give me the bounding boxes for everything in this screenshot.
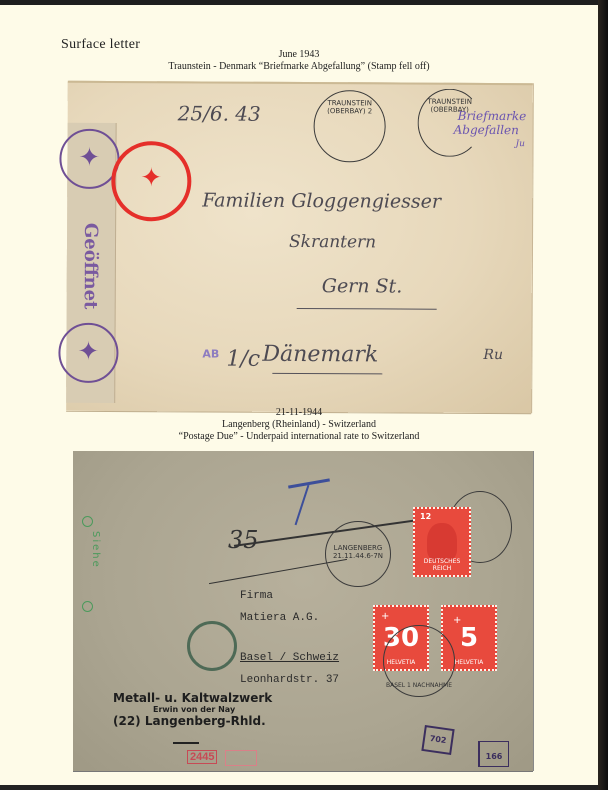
tax-mark-bar (288, 478, 330, 488)
postmark-text: LANGENBERG 21.11.44.6-7N (326, 544, 390, 560)
postmark-text: BASEL 1 NACHNAHME (384, 682, 454, 689)
sender-rule (173, 742, 199, 744)
portrait-icon (427, 523, 457, 561)
postmark-langenberg-1: LANGENBERG 21.11.44.6-7N (325, 521, 391, 587)
swiss-cross-icon: + (453, 615, 461, 626)
sender-line: (22) Langenberg-Rhld. (113, 714, 272, 728)
envelope-edge (68, 81, 533, 85)
cover1-date: June 1943 (0, 49, 598, 61)
sender-line: Metall- u. Kaltwalzwerk (113, 691, 272, 705)
box-stamp-2: 166 (478, 741, 509, 767)
side-strip-text: Siehe (90, 531, 101, 569)
censor-code-box-2 (225, 750, 257, 766)
eagle-icon: ✦ (65, 145, 113, 171)
green-ring-mark (187, 621, 237, 671)
tax-mark-stem (295, 485, 310, 526)
cover1-description: Traunstein - Denmark “Briefmarke Abgefal… (0, 61, 598, 73)
sender-line: Erwin von der Nay (153, 705, 272, 714)
ab-mark: AB (202, 347, 219, 360)
side-strip: Siehe (73, 451, 103, 771)
cover2-caption: 21-11-1944 Langenberg (Rheinland) - Swit… (0, 407, 598, 443)
swiss-cross-icon: + (381, 611, 389, 622)
cover2-route: Langenberg (Rheinland) - Switzerland (0, 419, 598, 431)
address-block: Firma Matiera A.G. Basel / Schweiz Leonh… (240, 585, 339, 691)
scan-top-edge (0, 0, 608, 5)
violet-note-line: Ju (516, 137, 527, 151)
censor-code-box: 2445 (187, 750, 217, 764)
address-line: Firma (240, 585, 339, 607)
postmark-basel: BASEL 1 NACHNAHME (383, 625, 455, 697)
address-line: Basel / Schweiz (240, 647, 339, 669)
violet-note: Briefmarke Abgefallen Ju (458, 109, 527, 151)
stamp-country: DEUTSCHES REICH (415, 558, 469, 572)
address-line-1: Familien Gloggengiesser (202, 189, 441, 212)
stamp-value: 12 (415, 509, 469, 521)
censor-stamp-purple-bottom: ✦ (58, 323, 118, 383)
box-stamp-1: 702 (421, 725, 454, 755)
german-stamp: 12 DEUTSCHES REICH (413, 507, 471, 577)
eagle-icon: ✦ (123, 165, 179, 191)
address-line: Leonhardstr. 37 (240, 669, 339, 691)
country-underline (272, 373, 382, 375)
cover1-caption: June 1943 Traunstein - Denmark “Briefmar… (0, 49, 598, 73)
strip-ring-icon (82, 516, 93, 527)
violet-note-line: Abgefallen (454, 123, 527, 137)
address-underline (297, 308, 437, 310)
cover2-envelope: Siehe 35 LANGENBERG 21.11.44.6-7N 12 DEU… (73, 451, 533, 771)
postmark-text: TRAUNSTEIN (OBERBAY) 2 (315, 99, 385, 115)
due-mark: 35 (228, 526, 259, 554)
eagle-icon: ✦ (64, 339, 112, 365)
violet-note-line: Briefmarke (458, 109, 527, 123)
handwritten-date: 25/6. 43 (178, 101, 261, 125)
censor-stamp-red: ✦ (111, 141, 191, 221)
scan-right-edge (598, 0, 608, 790)
address-line-2: Skrantern (289, 232, 376, 252)
address-line: Matiera A.G. (240, 607, 339, 629)
address-line-3: Gern St. (322, 275, 403, 297)
scan-bottom-edge (0, 785, 608, 790)
address-country: Dänemark (262, 342, 378, 368)
rate-note: 1/c (226, 347, 260, 372)
censor-tape: ✦ Geöffnet ✦ (66, 123, 116, 403)
sender-imprint: Metall- u. Kaltwalzwerk Erwin von der Na… (113, 691, 272, 728)
cover2-description: “Postage Due” - Underpaid international … (0, 431, 598, 443)
censor-tape-text: Geöffnet (80, 223, 101, 310)
album-page: Surface letter June 1943 Traunstein - De… (0, 4, 598, 786)
cover2-date: 21-11-1944 (0, 407, 598, 419)
postmark-traunstein-1: TRAUNSTEIN (OBERBAY) 2 (313, 90, 385, 162)
cover1-envelope: ✦ Geöffnet ✦ ✦ 25/6. 43 TRAUNSTEIN (OBER… (66, 81, 533, 413)
strip-ring-icon (82, 601, 93, 612)
initials: Ru (483, 347, 503, 363)
